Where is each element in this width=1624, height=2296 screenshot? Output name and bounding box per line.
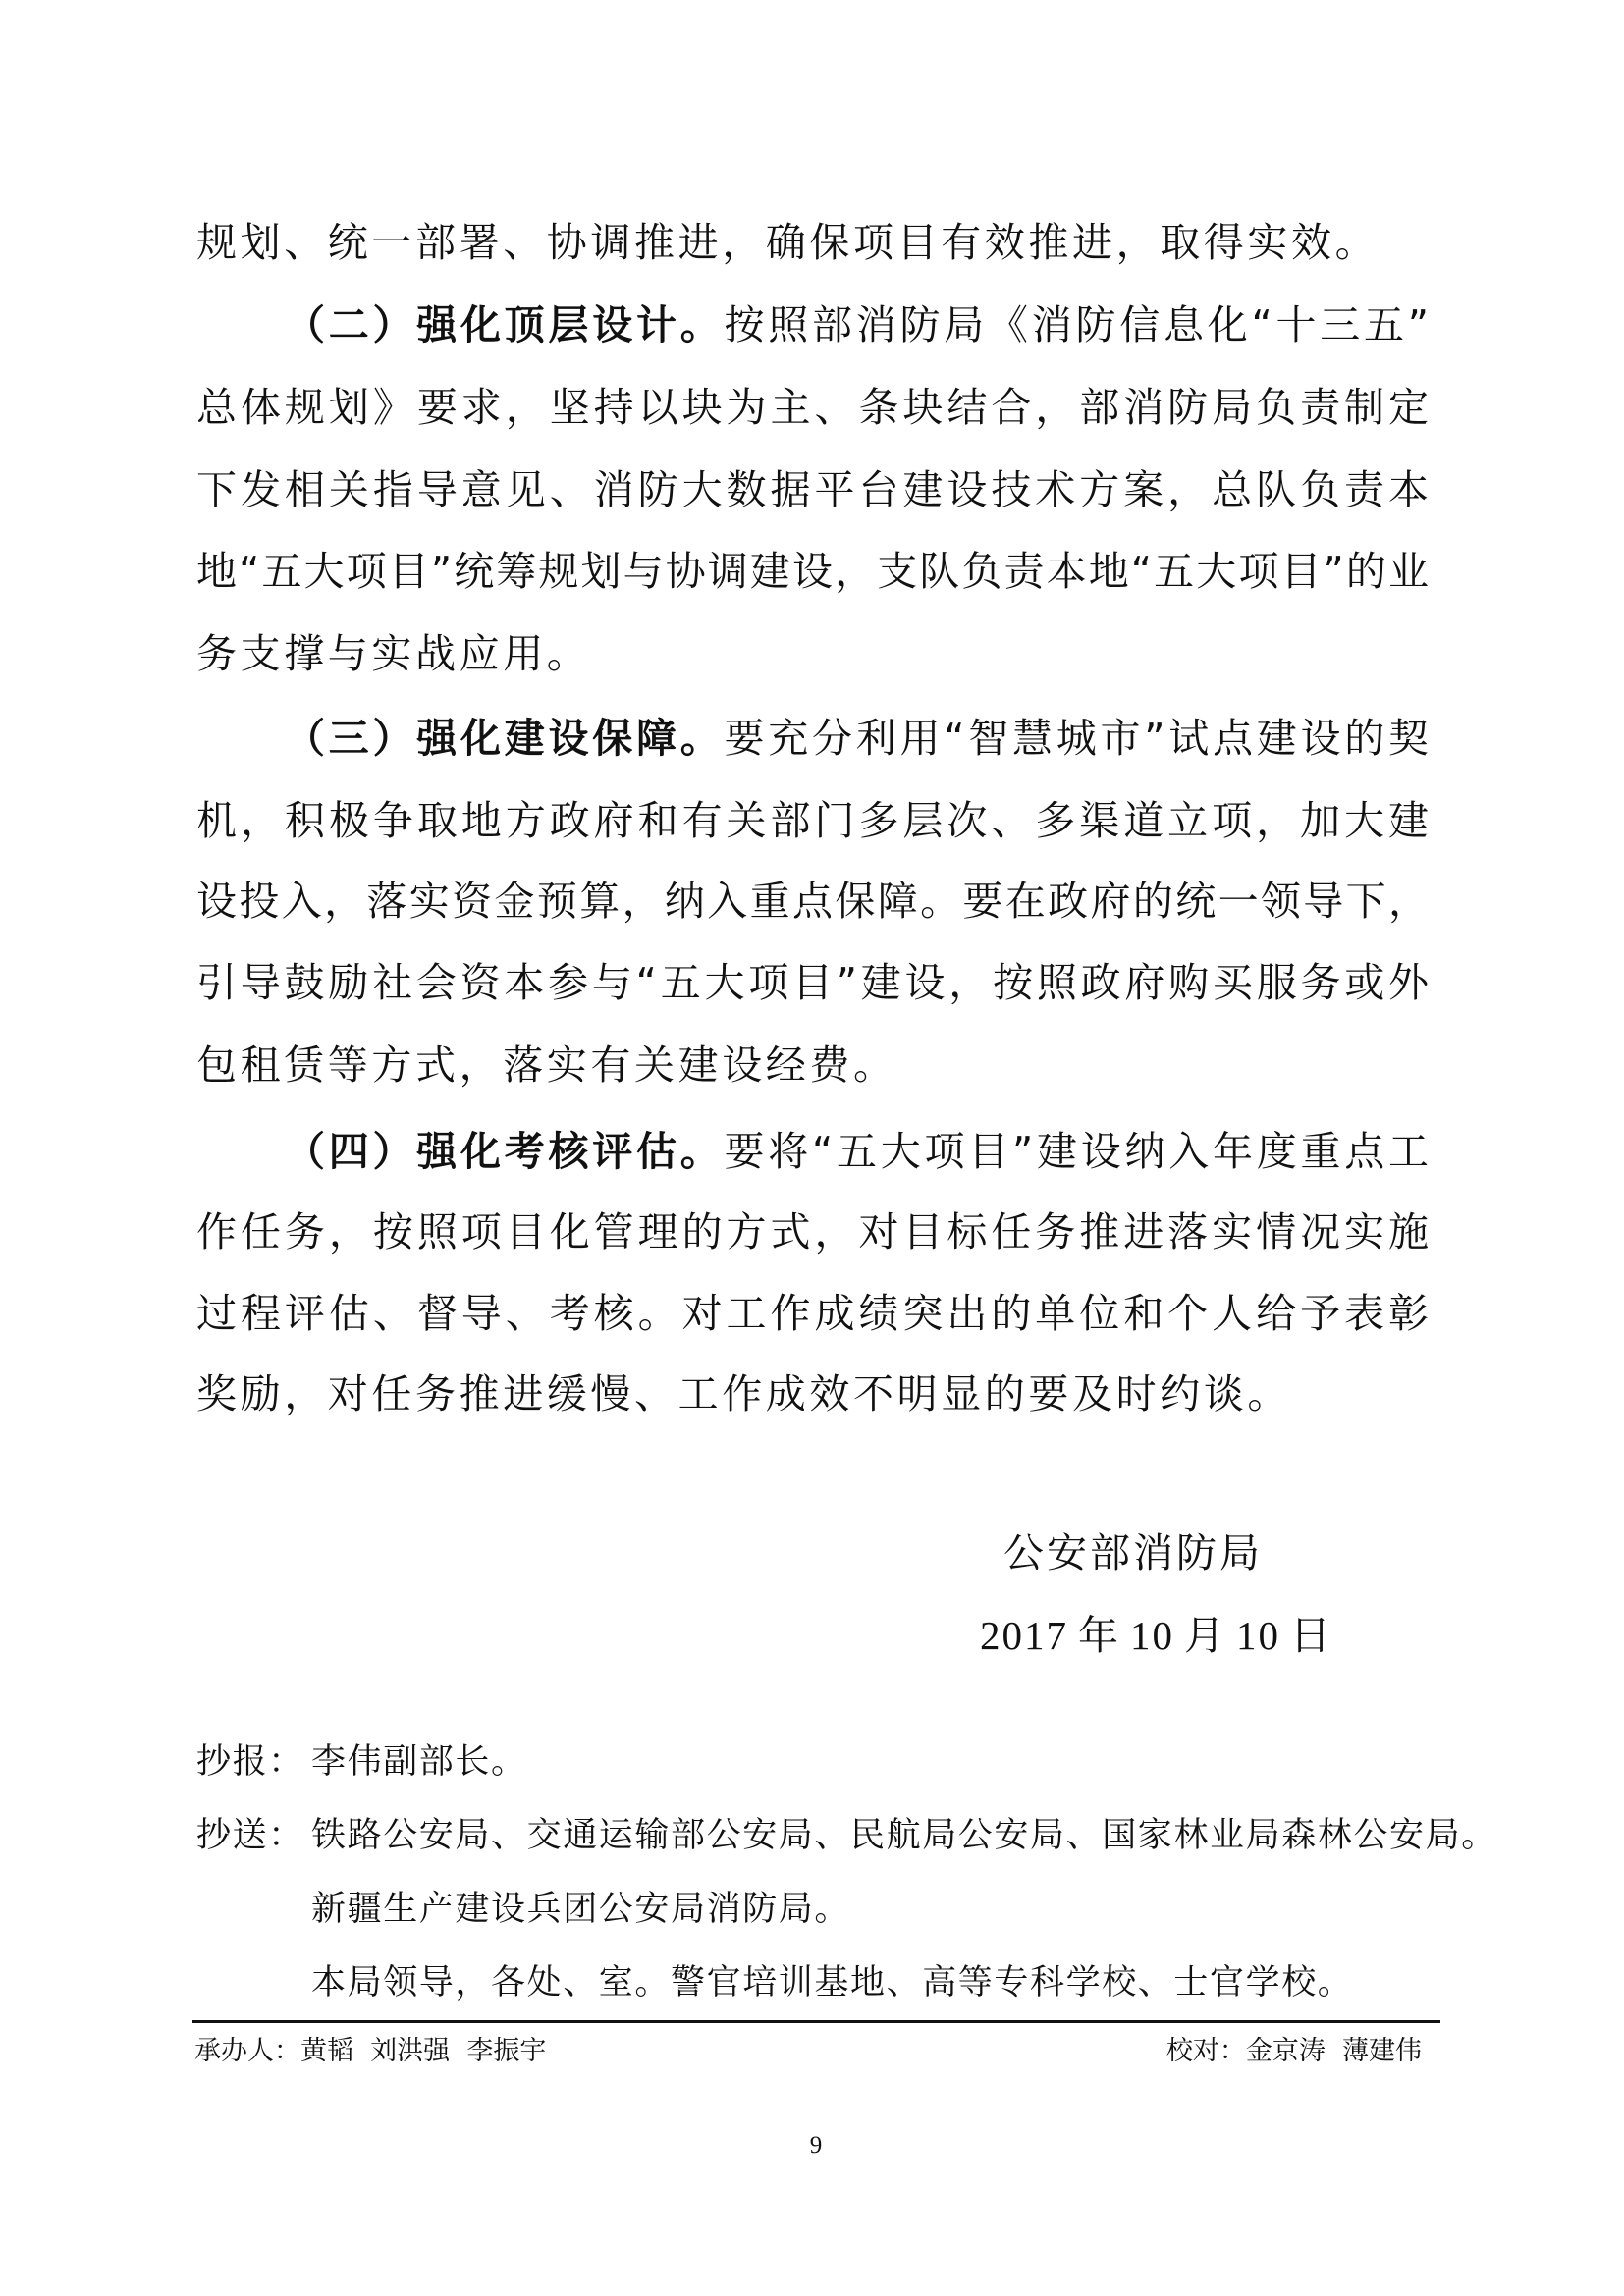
copy-to-recipients: 铁路公安局、交通运输部公安局、民航局公安局、国家林业局森林公安局。 — [311, 1816, 1497, 1855]
proofreader-names: 金京涛 薄建伟 — [1246, 2036, 1422, 2066]
section-3-line: 包租赁等方式，落实有关建设经费。 — [196, 1024, 1429, 1106]
document-page: 规划、统一部署、协调推进，确保项目有效推进，取得实效。 （二）强化顶层设计。按照… — [0, 0, 1624, 2296]
handler-names: 黄韬 刘洪强 李振宇 — [300, 2036, 546, 2066]
section-4-first-line-text: 要将“五大项目”建设纳入年度重点工 — [725, 1128, 1430, 1175]
date-month: 10 — [1130, 1613, 1174, 1658]
section-2-heading: （二）强化顶层设计。 — [285, 301, 725, 348]
copy-to-line-continued: 新疆生产建设兵团公安局消防局。 — [311, 1873, 850, 1947]
date-month-unit: 月 — [1174, 1612, 1236, 1659]
signature-organization: 公安部消防局 — [1003, 1512, 1263, 1594]
section-4-first-line: （四）强化考核评估。要将“五大项目”建设纳入年度重点工 — [285, 1110, 1429, 1193]
copy-to-line-continued: 本局领导，各处、室。警官培训基地、高等专科学校、士官学校。 — [311, 1947, 1353, 2020]
paragraph-continuation-line: 规划、统一部署、协调推进，确保项目有效推进，取得实效。 — [196, 201, 1429, 284]
section-3-line: 设投入，落实资金预算，纳入重点保障。要在政府的统一领导下， — [196, 860, 1429, 942]
copy-to-line: 抄送：铁路公安局、交通运输部公安局、民航局公安局、国家林业局森林公安局。 — [196, 1799, 1497, 1873]
section-3-line: 引导鼓励社会资本参与“五大项目”建设，按照政府购买服务或外 — [196, 941, 1429, 1024]
proofreader-info: 校对：金京涛 薄建伟 — [1166, 2032, 1422, 2071]
proofreader-label: 校对： — [1166, 2036, 1246, 2066]
section-3-first-line: （三）强化建设保障。要充分利用“智慧城市”试点建设的契 — [285, 697, 1429, 779]
section-4-line: 奖励，对任务推进缓慢、工作成效不明显的要及时约谈。 — [196, 1353, 1429, 1435]
section-3-heading: （三）强化建设保障。 — [285, 715, 725, 762]
section-2-first-line: （二）强化顶层设计。按照部消防局《消防信息化“十三五” — [285, 284, 1429, 366]
date-day: 10 — [1236, 1613, 1280, 1658]
section-4-line: 过程评估、督导、考核。对工作成绩突出的单位和个人给予表彰 — [196, 1272, 1429, 1355]
date-year-unit: 年 — [1068, 1612, 1130, 1659]
section-4-line: 作任务，按照项目化管理的方式，对目标任务推进落实情况实施 — [196, 1191, 1429, 1273]
report-to-line: 抄报：李伟副部长。 — [196, 1726, 527, 1799]
section-2-first-line-text: 按照部消防局《消防信息化“十三五” — [725, 301, 1430, 348]
section-2-line: 务支撑与实战应用。 — [196, 613, 1429, 695]
section-2-line: 地“五大项目”统筹规划与协调建设，支队负责本地“五大项目”的业 — [196, 530, 1429, 613]
report-to-label: 抄报： — [196, 1726, 311, 1799]
handler-label: 承办人： — [194, 2036, 300, 2066]
section-2-line: 总体规划》要求，坚持以块为主、条块结合，部消防局负责制定 — [196, 366, 1429, 449]
date-year: 2017 — [980, 1613, 1068, 1658]
handler-info: 承办人：黄韬 刘洪强 李振宇 — [194, 2032, 546, 2071]
section-3-line: 机，积极争取地方政府和有关部门多层次、多渠道立项，加大建 — [196, 779, 1429, 862]
section-2-line: 下发相关指导意见、消防大数据平台建设技术方案，总队负责本 — [196, 449, 1429, 531]
report-to-recipients: 李伟副部长。 — [311, 1742, 527, 1782]
copy-to-label: 抄送： — [196, 1799, 311, 1873]
section-4-heading: （四）强化考核评估。 — [285, 1128, 725, 1175]
date-day-unit: 日 — [1280, 1612, 1342, 1659]
signature-date: 2017年10月10日 — [980, 1594, 1342, 1677]
page-number: 9 — [0, 2130, 1624, 2162]
footer-divider — [192, 2020, 1440, 2023]
section-3-first-line-text: 要充分利用“智慧城市”试点建设的契 — [725, 715, 1430, 762]
